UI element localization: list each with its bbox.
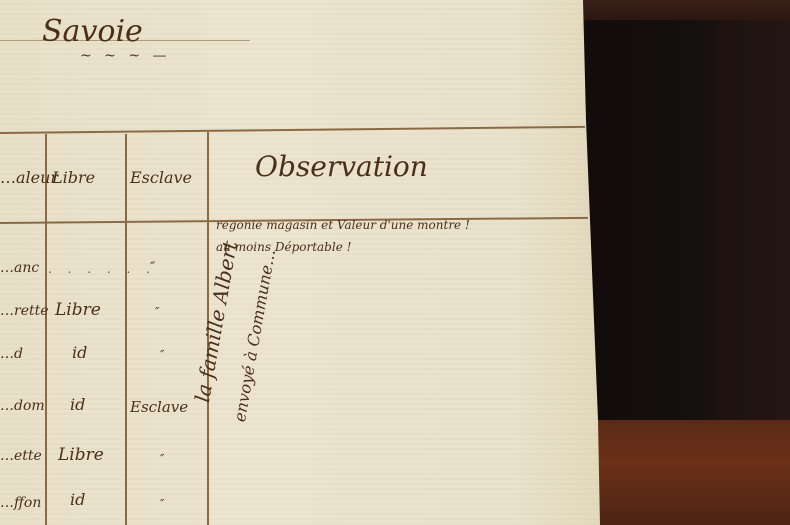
column-header-observation: Observation [255,150,428,183]
title-flourish: ~ ~ ~ — [80,48,171,64]
column-divider-1 [45,134,47,525]
observation-line-2: au moins Déportable ! [216,240,351,254]
header-top-rule [0,126,585,134]
column-header-valeur: …aleur [0,168,58,187]
title-rule [0,40,250,41]
ledger-page: Savoie ~ ~ ~ — …aleur Libre Esclave Obse… [0,0,600,525]
column-header-esclave: Esclave [130,168,192,187]
wood-frame-top [580,0,790,22]
vertical-note-line-2: envoyé à Commune… [230,248,279,424]
column-header-libre: Libre [52,168,95,187]
observation-line-1: regonie magasin et Valeur d'une montre ! [216,218,470,232]
dark-background [585,20,790,420]
vertical-note-line-1: la famille Albert [190,239,242,404]
column-divider-3 [207,132,209,525]
wooden-shelf [595,420,790,525]
column-divider-2 [125,134,127,525]
photo-scene: Savoie ~ ~ ~ — …aleur Libre Esclave Obse… [0,0,790,525]
header-bottom-rule [0,217,588,224]
section-title: Savoie [42,14,143,49]
